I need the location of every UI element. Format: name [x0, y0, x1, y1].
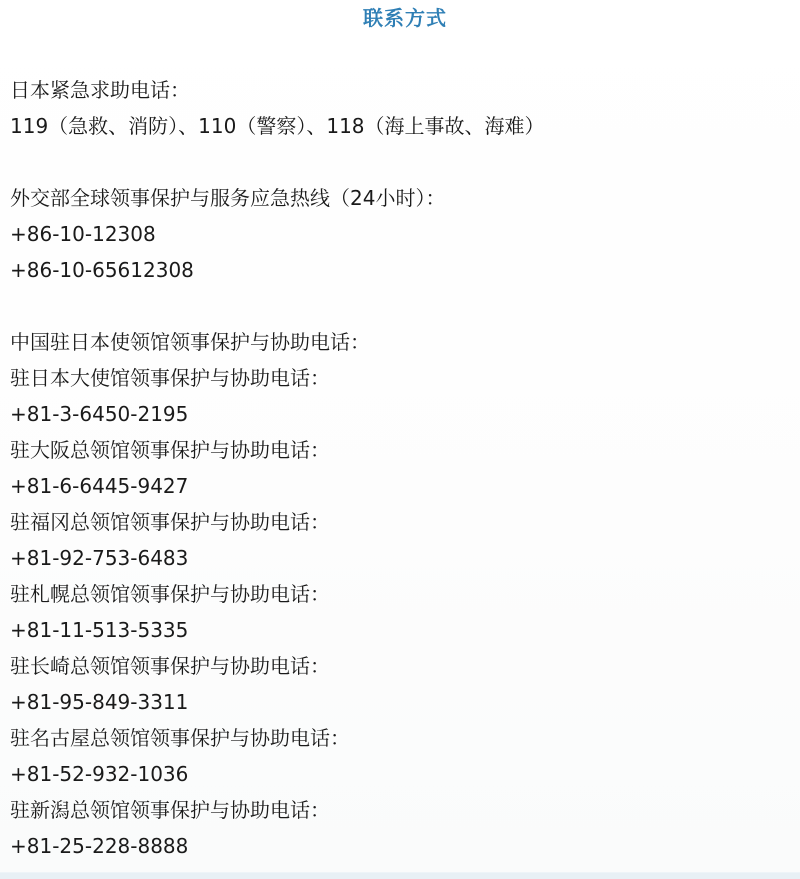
mission-phone-nagoya: +81-52-932-1036	[10, 756, 545, 792]
mission-label-fukuoka: 驻福冈总领馆领事保护与协助电话：	[10, 504, 545, 540]
mfa-hotline-phone: +86-10-65612308	[10, 252, 545, 288]
mission-phone-osaka: +81-6-6445-9427	[10, 468, 545, 504]
page-title: 联系方式	[0, 4, 800, 32]
missions-heading: 中国驻日本使领馆领事保护与协助电话：	[10, 324, 545, 360]
japan-emergency-heading: 日本紧急求助电话：	[10, 72, 545, 108]
japan-emergency-numbers: 119（急救、消防）、110（警察）、118（海上事故、海难）	[10, 108, 545, 144]
contact-page: 联系方式 日本紧急求助电话： 119（急救、消防）、110（警察）、118（海上…	[0, 0, 800, 872]
bottom-divider	[0, 872, 800, 879]
contact-content: 日本紧急求助电话： 119（急救、消防）、110（警察）、118（海上事故、海难…	[10, 72, 545, 864]
spacer	[10, 144, 545, 180]
mission-phone-sapporo: +81-11-513-5335	[10, 612, 545, 648]
mission-label-tokyo: 驻日本大使馆领事保护与协助电话：	[10, 360, 545, 396]
spacer	[10, 288, 545, 324]
mission-label-niigata: 驻新潟总领馆领事保护与协助电话：	[10, 792, 545, 828]
mission-phone-nagasaki: +81-95-849-3311	[10, 684, 545, 720]
mission-label-nagoya: 驻名古屋总领馆领事保护与协助电话：	[10, 720, 545, 756]
mfa-hotline-heading: 外交部全球领事保护与服务应急热线（24小时）：	[10, 180, 545, 216]
mission-label-osaka: 驻大阪总领馆领事保护与协助电话：	[10, 432, 545, 468]
mission-phone-fukuoka: +81-92-753-6483	[10, 540, 545, 576]
mission-phone-tokyo: +81-3-6450-2195	[10, 396, 545, 432]
mfa-hotline-phone: +86-10-12308	[10, 216, 545, 252]
mission-label-nagasaki: 驻长崎总领馆领事保护与协助电话：	[10, 648, 545, 684]
mission-label-sapporo: 驻札幌总领馆领事保护与协助电话：	[10, 576, 545, 612]
mission-phone-niigata: +81-25-228-8888	[10, 828, 545, 864]
